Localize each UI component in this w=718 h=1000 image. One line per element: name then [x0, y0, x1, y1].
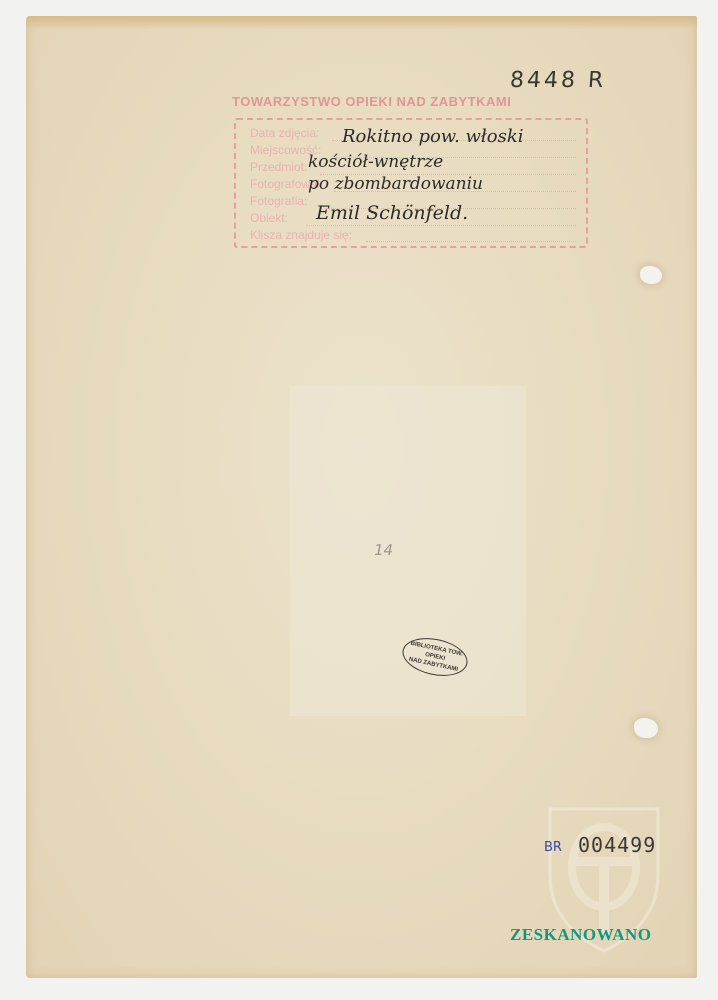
inventory-number: 004499: [578, 833, 656, 857]
handwritten-line-3: po zbombardowaniu: [308, 174, 483, 194]
paper-hole-upper: [640, 266, 662, 284]
stamp-line: [366, 241, 576, 242]
stamp-line: [306, 225, 576, 226]
pencil-mark: 14: [372, 541, 394, 559]
stamp-field-photo: Fotografia:: [250, 194, 307, 208]
stamp-field-object: Obiekt:: [250, 211, 288, 225]
handwritten-line-2: kościół-wnętrze: [308, 152, 443, 172]
handwritten-line-1: Rokitno pow. włoski: [342, 126, 524, 147]
society-stamp-title: TOWARZYSTWO OPIEKI NAD ZABYTKAMI: [232, 94, 511, 109]
faded-photo-outline: [290, 386, 526, 716]
stamp-field-negative: Klisza znajduje się:: [250, 228, 352, 242]
stamp-field-date: Data zdjęcia:: [250, 126, 319, 140]
paper-hole-lower: [634, 718, 658, 738]
handwritten-signature: Emil Schönfeld.: [316, 202, 468, 224]
stamp-field-subject: Przedmiot:: [250, 160, 307, 174]
inventory-prefix: BR: [544, 840, 562, 855]
shelf-number: 8448 R: [509, 68, 607, 93]
scanned-stamp: ZESKANOWANO: [510, 925, 652, 945]
